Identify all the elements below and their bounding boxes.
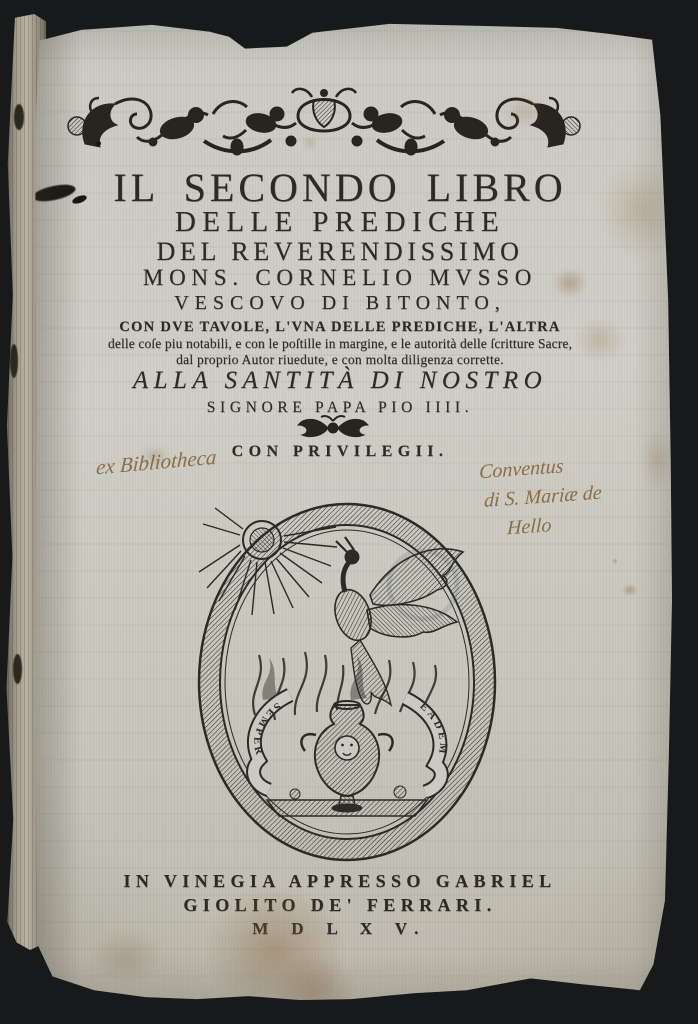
ink-spot	[612, 558, 618, 564]
stain	[552, 268, 588, 298]
urn	[301, 701, 392, 812]
annotation-right: Conventus di S. Mariæ de Hello	[477, 449, 604, 545]
ink-spot	[96, 141, 101, 146]
title-line-2: DELLE PREDICHE	[19, 206, 661, 239]
imprint-line-2: GIOLITO DE' FERRARI.	[19, 895, 661, 916]
stain	[502, 95, 546, 129]
title-line-1: IL SECONDO LIBRO	[19, 164, 661, 211]
svg-text:SEMPER: SEMPER	[251, 700, 283, 759]
book-page: IL SECONDO LIBRO DELLE PREDICHE DEL REVE…	[30, 18, 672, 1004]
dedication-line-1: ALLA SANTITÀ DI NOSTRO	[19, 367, 661, 395]
stain	[575, 318, 625, 362]
stain	[92, 930, 162, 985]
title-line-3: DEL REVERENDISSIMO	[19, 237, 661, 267]
spine-wear-mark	[14, 104, 24, 130]
stain	[275, 955, 355, 1024]
ornament-woodcut	[288, 413, 378, 443]
printers-device: SEMPER EADEM	[195, 500, 500, 865]
subtitle-line-1: CON DVE TAVOLE, L'VNA DELLE PREDICHE, L'…	[19, 319, 661, 336]
imprint-line-1: IN VINEGIA APPRESSO GABRIEL	[19, 871, 661, 892]
stain	[640, 430, 674, 490]
banner-left-text: SEMPER	[251, 700, 283, 759]
stain	[600, 160, 680, 260]
urn-mascaron	[335, 736, 359, 760]
stain	[302, 135, 318, 149]
subtitle-line-2: delle coſe piu notabili, e con le poſtil…	[19, 336, 661, 352]
spine-wear-mark	[13, 654, 22, 684]
subtitle-line-3: dal proprio Autor riuedute, e con molta …	[19, 352, 661, 368]
spine-wear-mark	[10, 344, 18, 378]
ink-spot	[622, 584, 638, 596]
